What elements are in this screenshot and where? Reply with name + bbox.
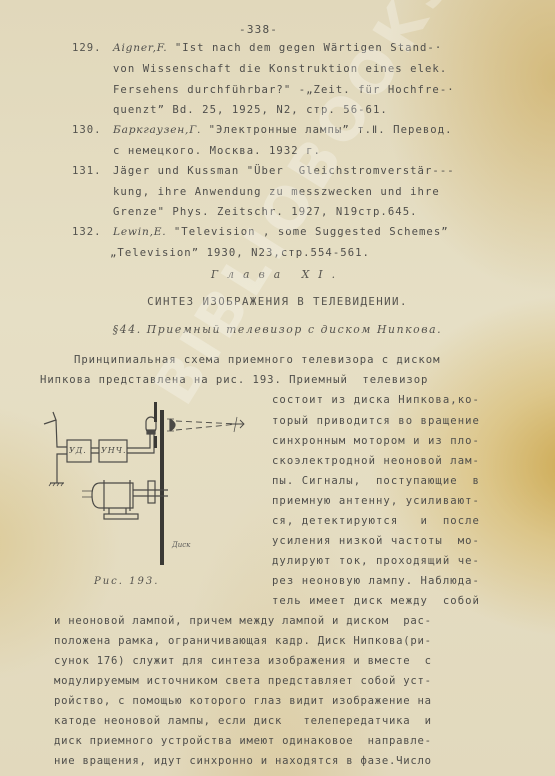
reference-line: von Wissenschaft die Konstruktion eines …	[113, 63, 447, 75]
body-line: и неоновой лампой, причем между лампой и…	[54, 615, 432, 627]
reference-line: Fersehens durchführbar?" -„Zeit. für Hoc…	[113, 84, 455, 96]
body-line: положена рамка, ограничивающая кадр. Дис…	[54, 635, 432, 647]
body-line: Нипкова представлена на рис. 193. Приемн…	[40, 374, 428, 386]
synchronous-motor-icon	[82, 480, 168, 519]
reference-number: 132.	[72, 226, 102, 238]
body-line: диск приемного устройства имеют одинаков…	[54, 735, 432, 747]
reference-line: с немецкого. Москва. 1932 г.	[113, 145, 321, 157]
body-line: Принципиальная схема приемного телевизор…	[74, 354, 440, 366]
section-heading: §44. Приемный телевизор с диском Нипкова…	[0, 323, 555, 336]
lf-amplifier-block-label: УНЧ.	[101, 446, 126, 455]
body-line: усиления низкой частоты мо-	[272, 535, 480, 547]
body-line: сунок 176) служит для синтеза изображени…	[54, 655, 432, 667]
document-page: -338- 129. Aigner,F. "Ist nach dem gegen…	[0, 0, 555, 776]
light-rays	[176, 421, 238, 430]
body-line: дулируют ток, проходящий че-	[272, 555, 480, 567]
lens-icon	[167, 419, 175, 431]
body-line: ройство, с помощью которого глаз видит и…	[54, 695, 432, 707]
reference-author: Aigner,F.	[113, 42, 167, 54]
chapter-label: Глава XI.	[0, 268, 555, 281]
frame-mask-bottom	[154, 436, 157, 448]
body-line: рез неоновую лампу. Наблюда-	[272, 575, 480, 587]
disk-label: Диск	[172, 541, 190, 549]
reference-line: quenzt” Bd. 25, 1925, N2, стр. 56-61.	[113, 104, 388, 116]
frame-mask-top	[154, 402, 157, 422]
chapter-title: СИНТЕЗ ИЗОБРАЖЕНИЯ В ТЕЛЕВИДЕНИИ.	[0, 295, 555, 308]
antenna-icon	[44, 412, 67, 447]
nipkow-disk	[160, 410, 164, 565]
reference-line: Jäger und Kussman "Über Gleichstromverst…	[113, 165, 455, 177]
body-line: приемную антенну, усиливают-	[272, 495, 480, 507]
detector-block-label: УД.	[69, 446, 87, 455]
body-line: скоэлектродной неоновой лам-	[272, 455, 480, 467]
reference-number: 130.	[72, 124, 102, 136]
reference-author: Lewin,E.	[113, 226, 166, 238]
body-line: пы. Сигналы, поступающие в	[272, 475, 480, 487]
page-number: -338-	[239, 23, 278, 36]
reference-line: „Television” 1930, N23,стр.554-561.	[110, 247, 370, 259]
reference-line: Grenze" Phys. Zeitschr. 1927, N19стр.645…	[113, 206, 418, 218]
body-line: торый приводится во вращение	[272, 415, 480, 427]
body-line: состоит из диска Нипкова,ко-	[272, 394, 480, 406]
body-line: синхронным мотором и из пло-	[272, 435, 480, 447]
reference-line: Aigner,F. "Ist nach dem gegen Wärtigen S…	[113, 42, 442, 54]
figure-caption: Рис. 193.	[94, 576, 159, 587]
body-line: тель имеет диск между собой	[272, 595, 480, 607]
body-line: ние вращения, идут синхронно и находятся…	[54, 755, 432, 767]
ground-icon	[49, 454, 67, 486]
body-line: ся, детектируются и после	[272, 515, 480, 527]
reference-line: Lewin,E. "Television , some Suggested Sc…	[113, 226, 449, 238]
body-line: катоде неоновой лампы, если диск телепер…	[54, 715, 432, 727]
reference-author: Баркгаузен,Г.	[113, 124, 201, 136]
reference-number: 129.	[72, 42, 102, 54]
receiver-schematic-figure	[30, 390, 270, 590]
reference-line: Баркгаузен,Г. "Электронные лампы” т.Ⅱ. П…	[113, 124, 453, 136]
body-line: модулируемым источником света представля…	[54, 675, 432, 687]
reference-line: kung, ihre Anwendung zu messzwecken und …	[113, 186, 440, 198]
reference-number: 131.	[72, 165, 102, 177]
